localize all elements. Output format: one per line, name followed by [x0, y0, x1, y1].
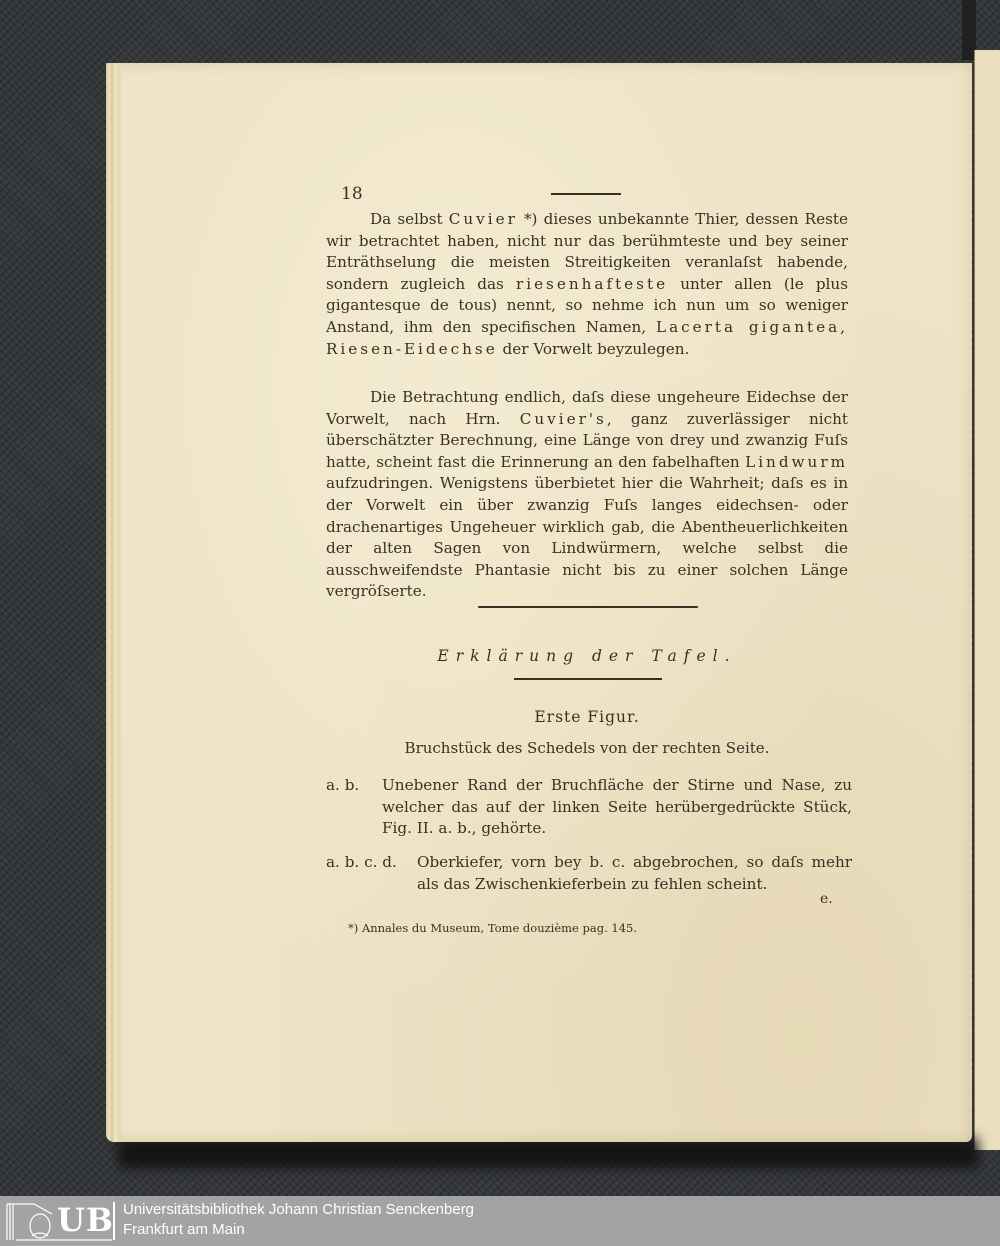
emphasized-text: Lindwurm	[745, 453, 848, 471]
paragraph-1: Da selbst Cuvier *) dieses unbekannte Th…	[326, 209, 848, 360]
body-text: aufzudringen. Wenigstens überbietet hier…	[326, 474, 848, 600]
catchword: e.	[820, 889, 833, 911]
figure-caption: Bruchstück des Schedels von der rechten …	[326, 738, 848, 760]
emphasized-text: Cuvier's	[520, 410, 607, 428]
logo-text: UB	[57, 1201, 114, 1239]
item-text: Oberkiefer, vorn bey b. c. abgebrochen, …	[326, 852, 852, 895]
item-label: a. b.	[326, 775, 359, 797]
facing-page-edge	[974, 50, 1000, 1150]
section-divider	[478, 606, 698, 608]
page-shadow	[118, 1138, 978, 1168]
heading-rule	[514, 678, 662, 680]
header-rule	[551, 193, 621, 195]
emphasized-text: riesenhafteste	[516, 275, 668, 293]
library-city: Frankfurt am Main	[123, 1221, 245, 1238]
footnote: *) Annales du Museum, Tome douzième pag.…	[348, 918, 637, 940]
logo-divider	[113, 1202, 115, 1240]
figure-heading: Erste Figur.	[326, 707, 848, 729]
body-text: der Vorwelt beyzulegen.	[498, 340, 690, 358]
item-label: a. b. c. d.	[326, 852, 397, 874]
paragraph-2: Die Betrachtung endlich, daſs diese unge…	[326, 387, 848, 603]
emphasized-text: Cuvier	[449, 210, 518, 228]
page-stack-edge	[106, 63, 122, 1142]
list-item: a. b. c. d. Oberkiefer, vorn bey b. c. a…	[326, 852, 852, 895]
library-name: Universitätsbibliothek Johann Christian …	[123, 1201, 474, 1218]
body-text: Da selbst	[370, 210, 449, 228]
page-number: 18	[341, 184, 363, 206]
section-heading: Erklärung der Tafel.	[326, 646, 848, 668]
list-item: a. b. Unebener Rand der Bruchfläche der …	[326, 775, 852, 840]
item-text: Unebener Rand der Bruchfläche der Stirne…	[326, 775, 852, 840]
